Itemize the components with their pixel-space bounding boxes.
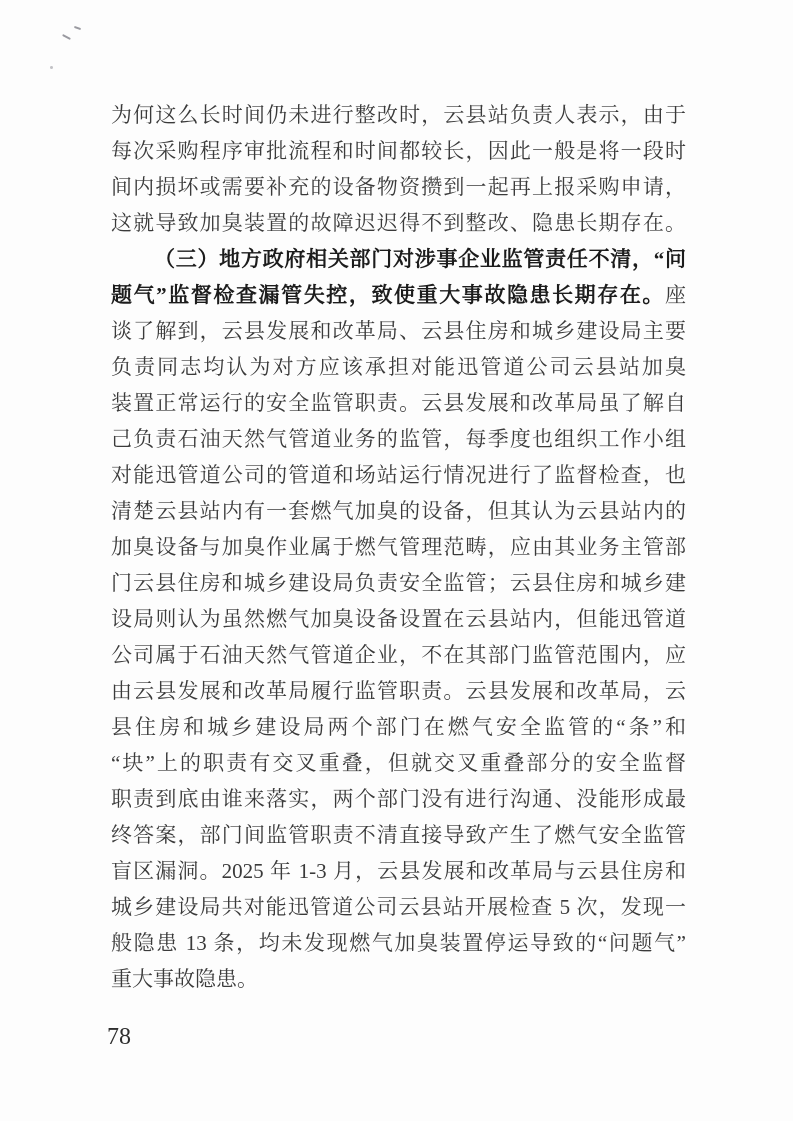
text-line: 己负责石油天然气管道业务的监管，每季度也组织工作小组	[111, 421, 686, 457]
ink-mark	[74, 26, 81, 30]
text-line: 般隐患 13 条，均未发现燃气加臭装置停运导致的“问题气”	[111, 925, 686, 961]
text-line: 设局则认为虽然燃气加臭设备设置在云县站内，但能迅管道	[111, 601, 686, 637]
text-line: 重大事故隐患。	[111, 961, 686, 997]
text-line: 终答案，部门间监管职责不清直接导致产生了燃气安全监管	[111, 817, 686, 853]
text-line: 装置正常运行的安全监管职责。云县发展和改革局虽了解自	[111, 385, 686, 421]
section-body-start: 座	[665, 283, 686, 307]
text-line: 县住房和城乡建设局两个部门在燃气安全监管的“条”和	[111, 709, 686, 745]
text-line: 为何这么长时间仍未进行整改时，云县站负责人表示，由于	[111, 97, 686, 133]
text-line: 负责同志均认为对方应该承担对能迅管道公司云县站加臭	[111, 349, 686, 385]
text-line: 加臭设备与加臭作业属于燃气管理范畴，应由其业务主管部	[111, 529, 686, 565]
scanned-document-page: 为何这么长时间仍未进行整改时，云县站负责人表示，由于 每次采购程序审批流程和时间…	[0, 0, 793, 1121]
text-block: 为何这么长时间仍未进行整改时，云县站负责人表示，由于 每次采购程序审批流程和时间…	[111, 97, 686, 997]
text-line: 每次采购程序审批流程和时间都较长，因此一般是将一段时	[111, 133, 686, 169]
text-line: 间内损坏或需要补充的设备物资攒到一起再上报采购申请，	[111, 169, 686, 205]
section-heading-line: 题气”监督检查漏管失控，致使重大事故隐患长期存在。座	[111, 277, 686, 313]
text-line: 门云县住房和城乡建设局负责安全监管；云县住房和城乡建	[111, 565, 686, 601]
section-heading-line: （三）地方政府相关部门对涉事企业监管责任不清，“问	[111, 241, 686, 277]
ink-mark	[62, 34, 71, 40]
ink-mark	[50, 66, 53, 69]
text-line: 盲区漏洞。2025 年 1-3 月，云县发展和改革局与云县住房和	[111, 853, 686, 889]
text-line: 公司属于石油天然气管道企业，不在其部门监管范围内，应	[111, 637, 686, 673]
text-line: 城乡建设局共对能迅管道公司云县站开展检查 5 次，发现一	[111, 889, 686, 925]
section-heading-bold-part: 题气”监督检查漏管失控，致使重大事故隐患长期存在。	[111, 283, 665, 307]
text-line: 对能迅管道公司的管道和场站运行情况进行了监督检查，也	[111, 457, 686, 493]
text-line: 清楚云县站内有一套燃气加臭的设备，但其认为云县站内的	[111, 493, 686, 529]
text-line: 这就导致加臭装置的故障迟迟得不到整改、隐患长期存在。	[111, 205, 686, 241]
text-line: 由云县发展和改革局履行监管职责。云县发展和改革局，云	[111, 673, 686, 709]
text-line: “块”上的职责有交叉重叠，但就交叉重叠部分的安全监督	[111, 745, 686, 781]
text-line: 职责到底由谁来落实，两个部门没有进行沟通、没能形成最	[111, 781, 686, 817]
page-number: 78	[107, 1024, 131, 1051]
text-line: 谈了解到，云县发展和改革局、云县住房和城乡建设局主要	[111, 313, 686, 349]
